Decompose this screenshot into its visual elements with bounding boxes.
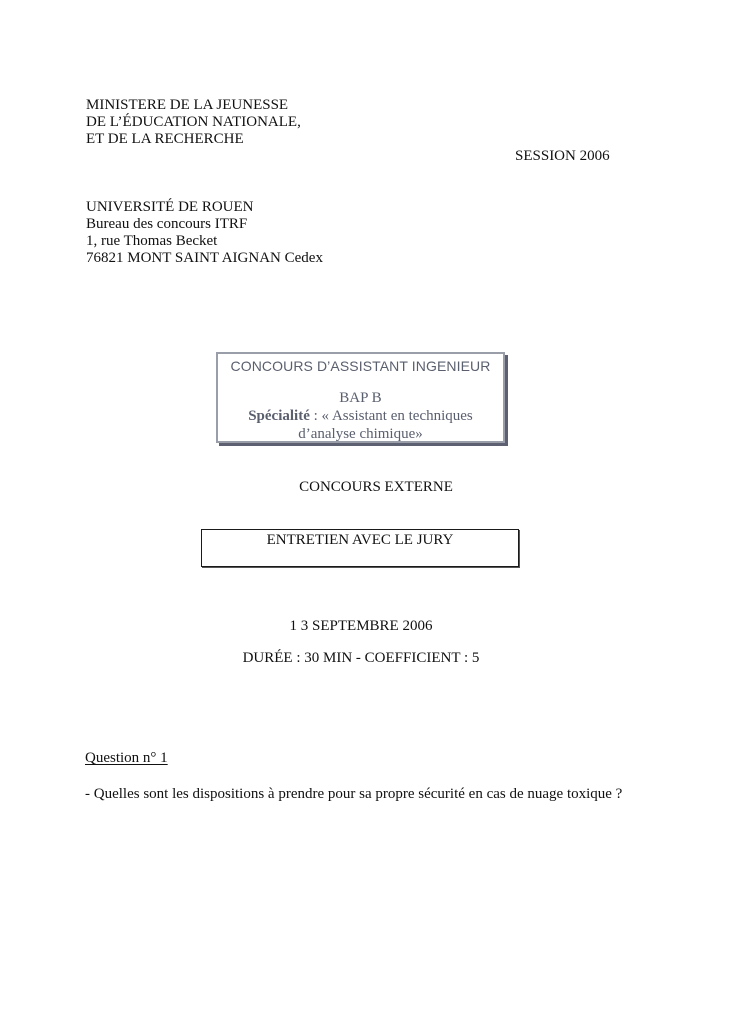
- exam-duration-coefficient: DURÉE : 30 MIN - COEFFICIENT : 5: [0, 650, 722, 667]
- question-text: - Quelles sont les dispositions à prendr…: [85, 786, 622, 803]
- institution-name: UNIVERSITÉ DE ROUEN: [86, 199, 323, 216]
- ministry-line-3: ET DE LA RECHERCHE: [86, 131, 301, 148]
- exam-specialty: Spécialité : « Assistant en techniques: [218, 407, 503, 425]
- exam-title-box: CONCOURS D’ASSISTANT INGENIEUR BAP B Spé…: [216, 352, 505, 443]
- question-heading: Question n° 1: [85, 750, 168, 767]
- institution-city: 76821 MONT SAINT AIGNAN Cedex: [86, 250, 323, 267]
- ministry-line-1: MINISTERE DE LA JEUNESSE: [86, 97, 301, 114]
- institution-address: UNIVERSITÉ DE ROUEN Bureau des concours …: [86, 199, 323, 267]
- ministry-line-2: DE L’ÉDUCATION NATIONALE,: [86, 114, 301, 131]
- specialty-value-line-1: : « Assistant en techniques: [310, 408, 473, 424]
- session-year: SESSION 2006: [515, 148, 610, 165]
- ministry-header: MINISTERE DE LA JEUNESSE DE L’ÉDUCATION …: [86, 97, 301, 148]
- institution-office: Bureau des concours ITRF: [86, 216, 323, 233]
- exam-date: 1 3 SEPTEMBRE 2006: [0, 618, 722, 635]
- institution-street: 1, rue Thomas Becket: [86, 233, 323, 250]
- interview-box: ENTRETIEN AVEC LE JURY: [201, 529, 519, 567]
- exam-title: CONCOURS D’ASSISTANT INGENIEUR: [218, 357, 503, 375]
- specialty-value-line-2: d’analyse chimique»: [218, 425, 503, 443]
- exam-bap: BAP B: [218, 389, 503, 407]
- interview-label: ENTRETIEN AVEC LE JURY: [202, 532, 518, 549]
- specialty-label: Spécialité: [248, 408, 310, 424]
- concours-type: CONCOURS EXTERNE: [0, 479, 752, 496]
